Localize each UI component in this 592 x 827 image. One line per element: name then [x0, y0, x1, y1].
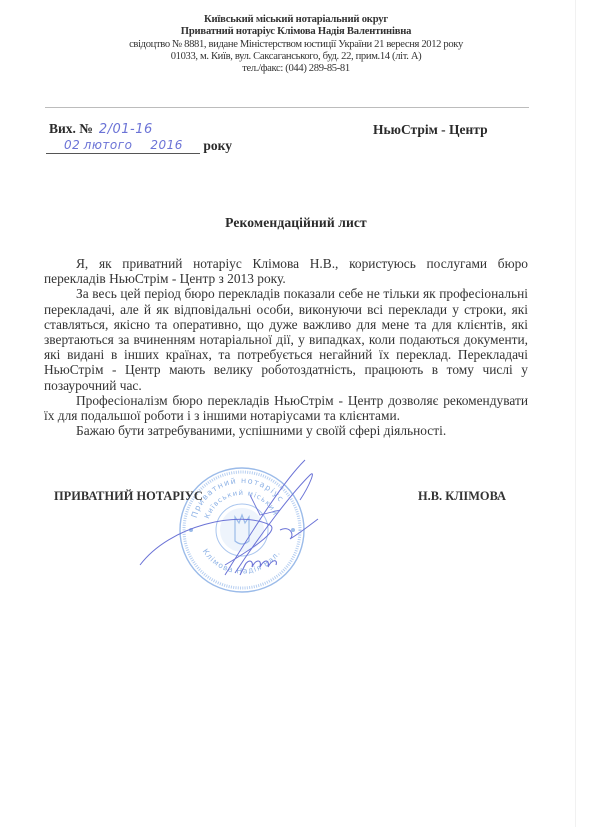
letterhead-certificate: свідоцтво № 8881, видане Міністерством ю… [0, 39, 592, 51]
letter-page: Київський міський нотаріальний округ При… [0, 0, 592, 827]
date-underline: 02 лютого2016 [46, 138, 200, 154]
outgoing-number: Вих. №2/01-16 [49, 121, 153, 137]
recipient: НьюСтрім - Центр [373, 122, 488, 138]
letterhead-notary-name: Приватний нотаріус Клімова Надія Валенти… [0, 26, 592, 38]
letterhead-address: 01033, м. Київ, вул. Саксаганського, буд… [0, 51, 592, 63]
outgoing-date: 02 лютого2016 року [46, 138, 232, 154]
date-day: 02 [64, 138, 80, 152]
date-year: 2016 [150, 138, 183, 152]
letterhead-phone: тел./факс: (044) 289-85-81 [0, 63, 592, 75]
paragraph: Професіоналізм бюро перекладів НьюСтрім … [44, 393, 528, 423]
scan-edge [575, 0, 576, 827]
letter-body: Я, як приватний нотаріус Клімова Н.В., к… [44, 256, 528, 438]
signatory-name: Н.В. КЛІМОВА [418, 489, 506, 504]
year-suffix: року [203, 138, 232, 153]
header-divider [45, 107, 529, 108]
letterhead: Київський міський нотаріальний округ При… [0, 14, 592, 75]
letter-title: Рекомендаційний лист [0, 215, 592, 231]
handwritten-signature-icon [130, 455, 320, 595]
paragraph: Бажаю бути затребуваними, успішними у св… [44, 423, 528, 438]
letterhead-district: Київський міський нотаріальний округ [0, 14, 592, 26]
signatory-position: ПРИВАТНИЙ НОТАРІУС [54, 489, 203, 504]
outgoing-number-handwritten: 2/01-16 [99, 122, 153, 137]
outgoing-label: Вих. № [49, 121, 93, 136]
paragraph: За весь цей період бюро перекладів показ… [44, 286, 528, 392]
paragraph: Я, як приватний нотаріус Клімова Н.В., к… [44, 256, 528, 286]
date-month: лютого [84, 138, 133, 152]
